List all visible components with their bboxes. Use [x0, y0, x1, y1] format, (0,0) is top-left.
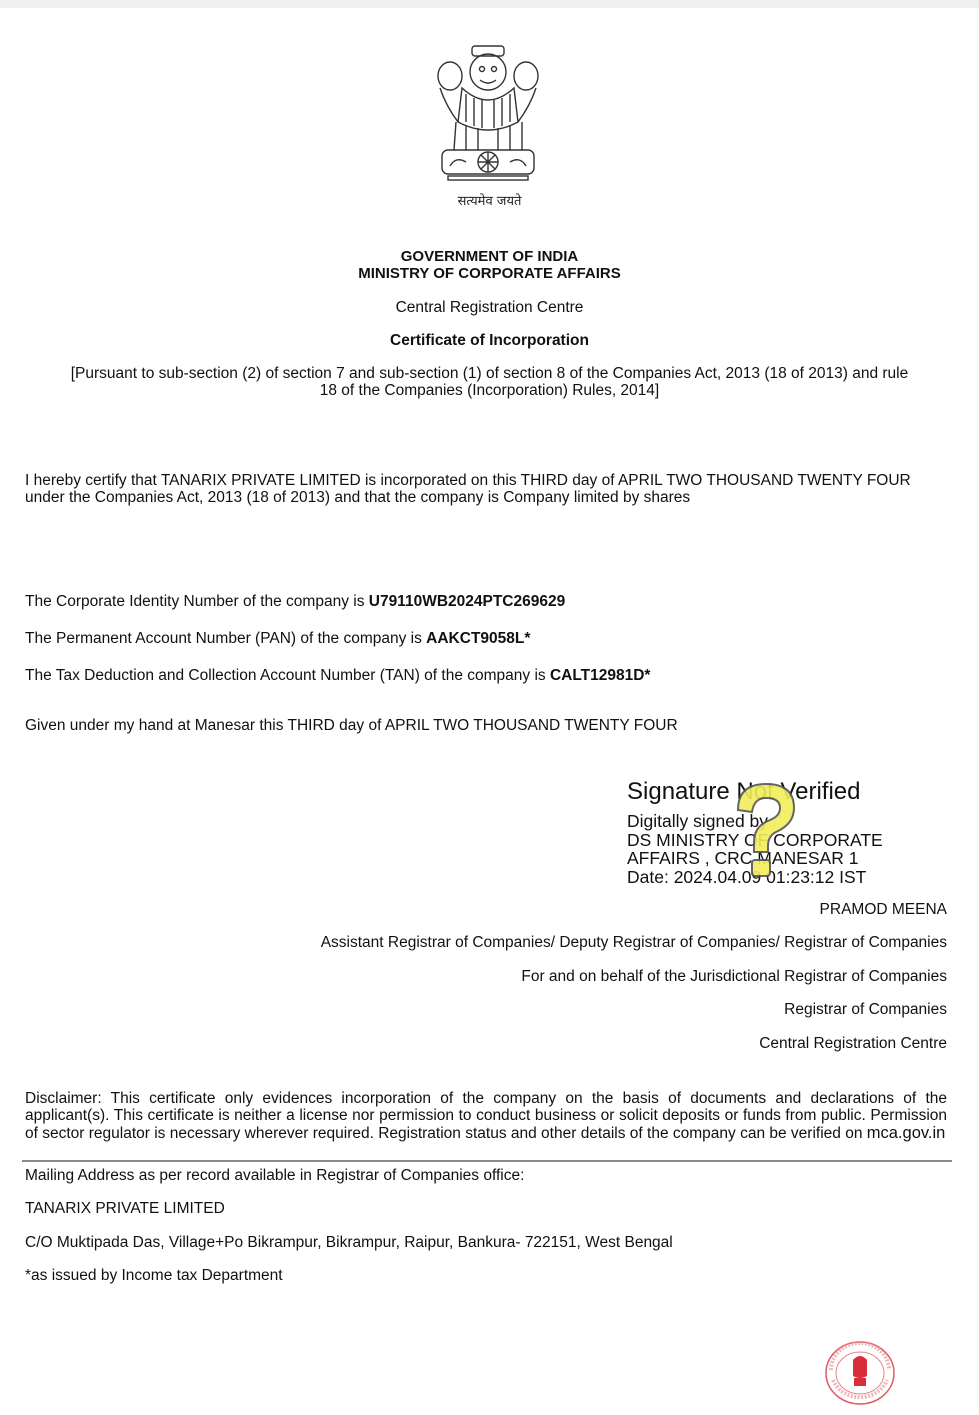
- tan-value: CALT12981D*: [550, 667, 651, 684]
- national-emblem-icon: [432, 42, 544, 192]
- cin-value: U79110WB2024PTC269629: [369, 593, 565, 610]
- pan-value: AAKCT9058L*: [426, 630, 530, 647]
- pursuant-line-1: [Pursuant to sub-section (2) of section …: [0, 365, 979, 382]
- cin-line: The Corporate Identity Number of the com…: [25, 593, 565, 611]
- mca-link[interactable]: mca.gov.in: [867, 1124, 946, 1142]
- mailing-label: Mailing Address as per record available …: [25, 1167, 524, 1185]
- given-under-line: Given under my hand at Manesar this THIR…: [25, 717, 678, 735]
- signatory-designation: Assistant Registrar of Companies/ Deputy…: [321, 934, 947, 952]
- header-ministry: MINISTRY OF CORPORATE AFFAIRS: [0, 265, 979, 282]
- separator-line: [22, 1160, 952, 1162]
- pan-tan-footnote: *as issued by Income tax Department: [25, 1267, 283, 1285]
- top-strip: [0, 0, 979, 8]
- disclaimer-text: Disclaimer: This certificate only eviden…: [25, 1090, 947, 1142]
- tan-label: The Tax Deduction and Collection Account…: [25, 667, 550, 684]
- header-government: GOVERNMENT OF INDIA: [0, 248, 979, 265]
- header-centre: Central Registration Centre: [0, 299, 979, 316]
- signatory-office: Registrar of Companies: [784, 1001, 947, 1019]
- emblem-motto: सत्यमेव जयते: [0, 191, 979, 209]
- mailing-company: TANARIX PRIVATE LIMITED: [25, 1200, 225, 1218]
- cin-label: The Corporate Identity Number of the com…: [25, 593, 369, 610]
- certificate-title: Certificate of Incorporation: [0, 332, 979, 349]
- signatory-on-behalf: For and on behalf of the Jurisdictional …: [521, 968, 947, 986]
- disclaimer: Disclaimer: This certificate only eviden…: [25, 1091, 947, 1142]
- pan-label: The Permanent Account Number (PAN) of th…: [25, 630, 426, 647]
- mailing-address: C/O Muktipada Das, Village+Po Bikrampur,…: [25, 1234, 673, 1252]
- roc-seal-icon: [823, 1340, 897, 1406]
- signatory-centre: Central Registration Centre: [759, 1035, 947, 1053]
- certification-paragraph: I hereby certify that TANARIX PRIVATE LI…: [25, 473, 950, 506]
- question-mark-icon: [730, 780, 800, 890]
- pursuant-line-2: 18 of the Companies (Incorporation) Rule…: [0, 382, 979, 399]
- tan-line: The Tax Deduction and Collection Account…: [25, 667, 650, 685]
- pan-line: The Permanent Account Number (PAN) of th…: [25, 630, 530, 648]
- signatory-name: PRAMOD MEENA: [820, 901, 947, 919]
